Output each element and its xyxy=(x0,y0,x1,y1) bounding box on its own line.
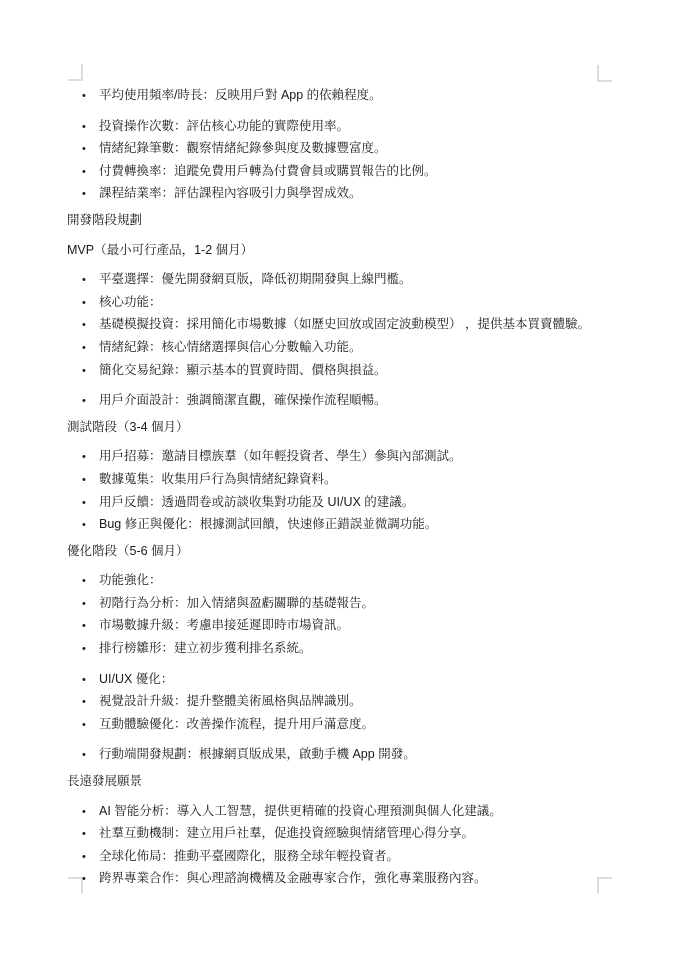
section-heading: 優化階段（5-6 個月） xyxy=(67,541,612,563)
bullet-icon: • xyxy=(67,162,99,184)
bullet-text: 投資操作次數：評估核心功能的實際使用率。 xyxy=(99,116,349,138)
bullet-item: •投資操作次數：評估核心功能的實際使用率。 xyxy=(67,116,612,139)
section-heading: MVP（最小可行產品，1-2 個月） xyxy=(67,240,612,262)
bullet-item: •視覺設計升級：提升整體美術風格與品牌識別。 xyxy=(67,691,612,714)
bullet-item: •簡化交易紀錄：顯示基本的買賣時間、價格與損益。 xyxy=(67,360,612,383)
bullet-icon: • xyxy=(67,670,99,692)
bullet-item: •基礎模擬投資：採用簡化市場數據（如歷史回放或固定波動模型） ，提供基本買賣體驗… xyxy=(67,314,612,337)
bullet-text: 功能強化： xyxy=(99,570,162,592)
bullet-icon: • xyxy=(67,616,99,638)
bullet-icon: • xyxy=(67,692,99,714)
bullet-item: •市場數據升級：考慮串接延遲即時市場資訊。 xyxy=(67,615,612,638)
bullet-icon: • xyxy=(67,715,99,737)
bullet-text: 用戶介面設計：強調簡潔直觀，確保操作流程順暢。 xyxy=(99,390,387,412)
bullet-item: •社羣互動機制：建立用戶社羣，促進投資經驗與情緒管理心得分享。 xyxy=(67,823,612,846)
bullet-item: •用戶招募：邀請目標族羣（如年輕投資者、學生）參與內部測試。 xyxy=(67,446,612,469)
bullet-icon: • xyxy=(67,639,99,661)
bullet-text: 基礎模擬投資：採用簡化市場數據（如歷史回放或固定波動模型） ，提供基本買賣體驗。 xyxy=(99,314,590,336)
bullet-icon: • xyxy=(67,338,99,360)
bullet-text: Bug 修正與優化：根據測試回饋，快速修正錯誤並微調功能。 xyxy=(99,514,437,536)
bullet-item: •情緒紀錄筆數：觀察情緒紀錄參與度及數據豐富度。 xyxy=(67,138,612,161)
bullet-text: 行動端開發規劃：根據網頁版成果，啟動手機 App 開發。 xyxy=(99,744,416,766)
bullet-item: •全球化佈局：推動平臺國際化，服務全球年輕投資者。 xyxy=(67,846,612,869)
bullet-item: •核心功能： xyxy=(67,292,612,315)
bullet-text: 平均使用頻率/時長：反映用戶對 App 的依賴程度。 xyxy=(99,85,382,107)
bullet-icon: • xyxy=(67,594,99,616)
section-heading: 開發階段規劃 xyxy=(67,210,612,232)
document-page: •平均使用頻率/時長：反映用戶對 App 的依賴程度。•投資操作次數：評估核心功… xyxy=(0,0,679,960)
bullet-icon: • xyxy=(67,391,99,413)
bullet-item: •情緒紀錄：核心情緒選擇與信心分數輸入功能。 xyxy=(67,337,612,360)
bullet-text: 情緒紀錄筆數：觀察情緒紀錄參與度及數據豐富度。 xyxy=(99,138,387,160)
bullet-icon: • xyxy=(67,745,99,767)
section-heading: 長遠發展願景 xyxy=(67,771,612,793)
section-heading: 測試階段（3-4 個月） xyxy=(67,417,612,439)
bullet-icon: • xyxy=(67,447,99,469)
bullet-item: •用戶介面設計：強調簡潔直觀，確保操作流程順暢。 xyxy=(67,390,612,413)
bullet-text: 排行榜雛形：建立初步獲利排名系統。 xyxy=(99,638,312,660)
bullet-icon: • xyxy=(67,869,99,891)
bullet-text: AI 智能分析：導入人工智慧，提供更精確的投資心理預測與個人化建議。 xyxy=(99,801,502,823)
bullet-text: 視覺設計升級：提升整體美術風格與品牌識別。 xyxy=(99,691,362,713)
bullet-text: 簡化交易紀錄：顯示基本的買賣時間、價格與損益。 xyxy=(99,360,387,382)
bullet-icon: • xyxy=(67,117,99,139)
bullet-text: 市場數據升級：考慮串接延遲即時市場資訊。 xyxy=(99,615,349,637)
bullet-item: •互動體驗優化：改善操作流程，提升用戶滿意度。 xyxy=(67,714,612,737)
bullet-text: 付費轉換率：追蹤免費用戶轉為付費會員或購買報告的比例。 xyxy=(99,161,437,183)
bullet-icon: • xyxy=(67,470,99,492)
bullet-text: 用戶招募：邀請目標族羣（如年輕投資者、學生）參與內部測試。 xyxy=(99,446,462,468)
bullet-text: 初階行為分析：加入情緒與盈虧關聯的基礎報告。 xyxy=(99,593,374,615)
bullet-item: •平均使用頻率/時長：反映用戶對 App 的依賴程度。 xyxy=(67,85,612,108)
bullet-text: UI/UX 優化： xyxy=(99,669,173,691)
bullet-icon: • xyxy=(67,515,99,537)
bullet-icon: • xyxy=(67,571,99,593)
bullet-icon: • xyxy=(67,293,99,315)
bullet-icon: • xyxy=(67,802,99,824)
bullet-text: 課程結業率：評估課程內容吸引力與學習成效。 xyxy=(99,183,362,205)
bullet-item: •UI/UX 優化： xyxy=(67,669,612,692)
bullet-item: •功能強化： xyxy=(67,570,612,593)
bullet-text: 社羣互動機制：建立用戶社羣，促進投資經驗與情緒管理心得分享。 xyxy=(99,823,474,845)
bullet-text: 情緒紀錄：核心情緒選擇與信心分數輸入功能。 xyxy=(99,337,362,359)
bullet-item: •數據蒐集：收集用戶行為與情緒紀錄資料。 xyxy=(67,469,612,492)
bullet-item: •付費轉換率：追蹤免費用戶轉為付費會員或購買報告的比例。 xyxy=(67,161,612,184)
bullet-item: •課程結業率：評估課程內容吸引力與學習成效。 xyxy=(67,183,612,206)
bullet-item: •Bug 修正與優化：根據測試回饋，快速修正錯誤並微調功能。 xyxy=(67,514,612,537)
bullet-text: 跨界專業合作：與心理諮詢機構及金融專家合作，強化專業服務內容。 xyxy=(99,868,487,890)
bullet-text: 平臺選擇：優先開發網頁版，降低初期開發與上線門檻。 xyxy=(99,269,412,291)
bullet-icon: • xyxy=(67,824,99,846)
document-body[interactable]: •平均使用頻率/時長：反映用戶對 App 的依賴程度。•投資操作次數：評估核心功… xyxy=(67,0,612,891)
bullet-item: •平臺選擇：優先開發網頁版，降低初期開發與上線門檻。 xyxy=(67,269,612,292)
bullet-text: 用戶反饋：透過問卷或訪談收集對功能及 UI/UX 的建議。 xyxy=(99,492,414,514)
bullet-text: 互動體驗優化：改善操作流程，提升用戶滿意度。 xyxy=(99,714,374,736)
bullet-item: •初階行為分析：加入情緒與盈虧關聯的基礎報告。 xyxy=(67,593,612,616)
bullet-icon: • xyxy=(67,315,99,337)
bullet-text: 核心功能： xyxy=(99,292,162,314)
bullet-item: •行動端開發規劃：根據網頁版成果，啟動手機 App 開發。 xyxy=(67,744,612,767)
bullet-text: 全球化佈局：推動平臺國際化，服務全球年輕投資者。 xyxy=(99,846,399,868)
bullet-text: 數據蒐集：收集用戶行為與情緒紀錄資料。 xyxy=(99,469,337,491)
bullet-icon: • xyxy=(67,361,99,383)
bullet-item: •AI 智能分析：導入人工智慧，提供更精確的投資心理預測與個人化建議。 xyxy=(67,801,612,824)
bullet-item: •跨界專業合作：與心理諮詢機構及金融專家合作，強化專業服務內容。 xyxy=(67,868,612,891)
bullet-item: •用戶反饋：透過問卷或訪談收集對功能及 UI/UX 的建議。 xyxy=(67,492,612,515)
bullet-icon: • xyxy=(67,493,99,515)
bullet-icon: • xyxy=(67,270,99,292)
bullet-icon: • xyxy=(67,139,99,161)
bullet-icon: • xyxy=(67,86,99,108)
bullet-icon: • xyxy=(67,184,99,206)
bullet-icon: • xyxy=(67,847,99,869)
bullet-item: •排行榜雛形：建立初步獲利排名系統。 xyxy=(67,638,612,661)
